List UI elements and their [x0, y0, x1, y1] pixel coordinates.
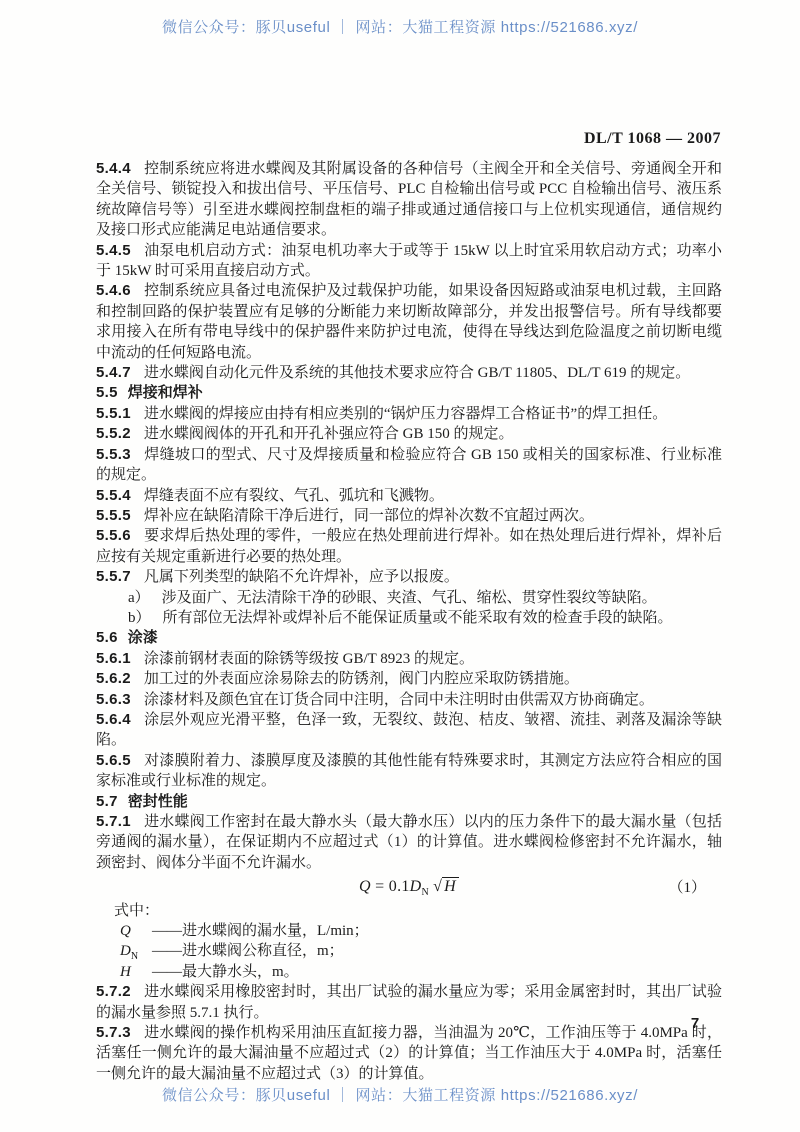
section-heading-5.7: 5.7密封性能 — [96, 792, 722, 812]
list-marker: a） — [128, 590, 150, 606]
term-symbol: H — [120, 962, 152, 982]
clause-text: 加工过的外表面应涂易除去的防锈剂，阀门内腔应采取防锈措施。 — [144, 671, 579, 687]
list-text: 所有部位无法焊补或焊补后不能保证质量或不能采取有效的检查手段的缺陷。 — [163, 610, 673, 626]
clause-5.4.4: 5.4.4控制系统应将进水蝶阀及其附属设备的各种信号（主阀全开和全关信号、旁通阀… — [96, 159, 722, 241]
sqrt-radicand: H — [442, 877, 459, 895]
watermark-top: 微信公众号：豚贝useful ｜ 网站：大猫工程资源 https://52168… — [0, 16, 800, 37]
clause-text: 涂漆前钢材表面的除锈等级按 GB/T 8923 的规定。 — [144, 651, 474, 667]
formula-term: H——最大静水头，m。 — [96, 962, 722, 982]
watermark-bottom: 微信公众号：豚贝useful ｜ 网站：大猫工程资源 https://52168… — [0, 1084, 800, 1105]
clause-number: 5.6 — [96, 629, 118, 646]
clause-text: 进水蝶阀工作密封在最大静水头（最大静水压）以内的压力条件下的最大漏水量（包括旁通… — [96, 814, 722, 871]
clause-number: 5.6.1 — [96, 650, 131, 667]
clause-text: 焊接和焊补 — [128, 384, 203, 401]
section-heading-5.6: 5.6涂漆 — [96, 628, 722, 648]
list-item: a）涉及面广、无法清除干净的砂眼、夹渣、气孔、缩松、贯穿性裂纹等缺陷。 — [96, 588, 722, 608]
list-text: 涉及面广、无法清除干净的砂眼、夹渣、气孔、缩松、贯穿性裂纹等缺陷。 — [162, 590, 657, 606]
clause-number: 5.6.2 — [96, 670, 131, 687]
clause-5.7.3: 5.7.3进水蝶阀的操作机构采用油压直缸接力器，当油温为 20℃，工作油压等于 … — [96, 1023, 722, 1084]
clause-number: 5.6.4 — [96, 711, 131, 728]
clause-number: 5.5.1 — [96, 405, 131, 422]
term-definition: ——最大静水头，m。 — [152, 964, 299, 980]
clause-5.4.7: 5.4.7进水蝶阀自动化元件及系统的其他技术要求应符合 GB/T 11805、D… — [96, 363, 722, 383]
clause-5.6.5: 5.6.5对漆膜附着力、漆膜厚度及漆膜的其他性能有特殊要求时，其测定方法应符合相… — [96, 751, 722, 792]
clause-text: 密封性能 — [128, 793, 188, 810]
clause-text: 进水蝶阀阀体的开孔和开孔补强应符合 GB 150 的规定。 — [144, 426, 514, 442]
clause-number: 5.5.7 — [96, 568, 131, 585]
clause-number: 5.4.6 — [96, 282, 131, 299]
clause-number: 5.7.3 — [96, 1024, 131, 1041]
doc-body: 5.4.4控制系统应将进水蝶阀及其附属设备的各种信号（主阀全开和全关信号、旁通阀… — [96, 159, 722, 1084]
doc-code-header: DL/T 1068 — 2007 — [96, 130, 721, 148]
equation-number: （1） — [668, 878, 706, 898]
clause-number: 5.5.2 — [96, 425, 131, 442]
clause-text: 焊缝坡口的型式、尺寸及焊接质量和检验应符合 GB 150 或相关的国家标准、行业… — [96, 447, 722, 483]
clause-text: 控制系统应具备过电流保护及过载保护功能，如果设备因短路或油泵电机过载，主回路和控… — [96, 283, 722, 360]
clause-number: 5.5 — [96, 384, 118, 401]
clause-text: 要求焊后热处理的零件，一般应在热处理前进行焊补。如在热处理后进行焊补，焊补后应按… — [96, 528, 722, 564]
where-text: 式中： — [114, 903, 159, 919]
formula-term: DN——进水蝶阀公称直径，m； — [96, 941, 722, 961]
clause-number: 5.4.4 — [96, 160, 131, 177]
clause-number: 5.5.5 — [96, 507, 131, 524]
clause-text: 油泵电机启动方式：油泵电机功率大于或等于 15kW 以上时宜采用软启动方式；功率… — [96, 243, 722, 279]
formula-operator: = 0.1 — [371, 878, 410, 895]
term-symbol-base: Q — [120, 923, 131, 939]
sqrt-radical: √H — [433, 877, 459, 897]
clause-5.6.4: 5.6.4涂层外观应光滑平整，色泽一致，无裂纹、鼓泡、桔皮、皱褶、流挂、剥落及漏… — [96, 710, 722, 751]
clause-number: 5.7 — [96, 793, 118, 810]
clause-text: 控制系统应将进水蝶阀及其附属设备的各种信号（主阀全开和全关信号、旁通阀全开和全关… — [96, 161, 722, 238]
formula-where-label: 式中： — [96, 901, 722, 921]
clause-number: 5.7.1 — [96, 813, 131, 830]
term-symbol: DN — [120, 941, 152, 961]
clause-5.5.6: 5.5.6要求焊后热处理的零件，一般应在热处理前进行焊补。如在热处理后进行焊补，… — [96, 526, 722, 567]
clause-5.5.1: 5.5.1进水蝶阀的焊接应由持有相应类别的“锅炉压力容器焊工合格证书”的焊工担任… — [96, 404, 722, 424]
clause-text: 进水蝶阀的焊接应由持有相应类别的“锅炉压力容器焊工合格证书”的焊工担任。 — [144, 406, 667, 422]
clause-text: 涂层外观应光滑平整，色泽一致，无裂纹、鼓泡、桔皮、皱褶、流挂、剥落及漏涂等缺陷。 — [96, 712, 722, 748]
clause-text: 焊缝表面不应有裂纹、气孔、弧坑和飞溅物。 — [144, 488, 444, 504]
section-heading-5.5: 5.5焊接和焊补 — [96, 383, 722, 403]
clause-number: 5.6.5 — [96, 752, 131, 769]
clause-5.5.3: 5.5.3焊缝坡口的型式、尺寸及焊接质量和检验应符合 GB 150 或相关的国家… — [96, 445, 722, 486]
clause-5.6.3: 5.6.3涂漆材料及颜色宜在订货合同中注明，合同中未注明时由供需双方协商确定。 — [96, 690, 722, 710]
clause-5.7.1: 5.7.1进水蝶阀工作密封在最大静水头（最大静水压）以内的压力条件下的最大漏水量… — [96, 812, 722, 873]
term-symbol-base: D — [120, 943, 131, 959]
clause-number: 5.5.4 — [96, 487, 131, 504]
list-item: b）所有部位无法焊补或焊补后不能保证质量或不能采取有效的检查手段的缺陷。 — [96, 608, 722, 628]
term-symbol-base: H — [120, 964, 131, 980]
document-page: 微信公众号：豚贝useful ｜ 网站：大猫工程资源 https://52168… — [0, 0, 800, 1132]
term-symbol: Q — [120, 921, 152, 941]
clause-text: 进水蝶阀自动化元件及系统的其他技术要求应符合 GB/T 11805、DL/T 6… — [144, 365, 690, 381]
clause-text: 凡属下列类型的缺陷不允许焊补，应予以报废。 — [144, 569, 459, 585]
clause-text: 焊补应在缺陷清除干净后进行，同一部位的焊补次数不宜超过两次。 — [144, 508, 594, 524]
clause-number: 5.6.3 — [96, 691, 131, 708]
term-symbol-subscript: N — [131, 951, 138, 962]
clause-5.7.2: 5.7.2进水蝶阀采用橡胶密封时，其出厂试验的漏水量应为零；采用金属密封时，其出… — [96, 982, 722, 1023]
clause-number: 5.5.6 — [96, 527, 131, 544]
formula-term: Q——进水蝶阀的漏水量，L/min； — [96, 921, 722, 941]
formula-expression: Q = 0.1DN√H — [359, 878, 459, 895]
clause-number: 5.4.7 — [96, 364, 131, 381]
term-definition: ——进水蝶阀的漏水量，L/min； — [152, 923, 369, 939]
clause-text: 涂漆材料及颜色宜在订货合同中注明，合同中未注明时由供需双方协商确定。 — [144, 692, 654, 708]
clause-text: 涂漆 — [128, 629, 158, 646]
term-definition: ——进水蝶阀公称直径，m； — [152, 943, 344, 959]
clause-5.4.6: 5.4.6控制系统应具备过电流保护及过载保护功能，如果设备因短路或油泵电机过载，… — [96, 281, 722, 363]
clause-number: 5.4.5 — [96, 242, 131, 259]
clause-5.5.2: 5.5.2进水蝶阀阀体的开孔和开孔补强应符合 GB 150 的规定。 — [96, 424, 722, 444]
clause-5.5.5: 5.5.5焊补应在缺陷清除干净后进行，同一部位的焊补次数不宜超过两次。 — [96, 506, 722, 526]
clause-5.5.4: 5.5.4焊缝表面不应有裂纹、气孔、弧坑和飞溅物。 — [96, 486, 722, 506]
clause-number: 5.5.3 — [96, 446, 131, 463]
formula-subscript: N — [422, 887, 430, 898]
clause-5.5.7: 5.5.7凡属下列类型的缺陷不允许焊补，应予以报废。 — [96, 567, 722, 587]
list-marker: b） — [128, 610, 151, 626]
formula-lhs: Q — [359, 878, 371, 895]
clause-text: 进水蝶阀的操作机构采用油压直缸接力器，当油温为 20℃，工作油压等于 4.0MP… — [96, 1025, 722, 1082]
clause-5.6.2: 5.6.2加工过的外表面应涂易除去的防锈剂，阀门内腔应采取防锈措施。 — [96, 669, 722, 689]
formula-variable: D — [410, 878, 422, 895]
formula-block: Q = 0.1DN√H（1） — [96, 873, 722, 900]
page-number: 7 — [680, 1015, 710, 1032]
clause-text: 对漆膜附着力、漆膜厚度及漆膜的其他性能有特殊要求时，其测定方法应符合相应的国家标… — [96, 753, 722, 789]
clause-5.6.1: 5.6.1涂漆前钢材表面的除锈等级按 GB/T 8923 的规定。 — [96, 649, 722, 669]
clause-text: 进水蝶阀采用橡胶密封时，其出厂试验的漏水量应为零；采用金属密封时，其出厂试验的漏… — [96, 984, 722, 1020]
clause-number: 5.7.2 — [96, 983, 131, 1000]
clause-5.4.5: 5.4.5油泵电机启动方式：油泵电机功率大于或等于 15kW 以上时宜采用软启动… — [96, 241, 722, 282]
